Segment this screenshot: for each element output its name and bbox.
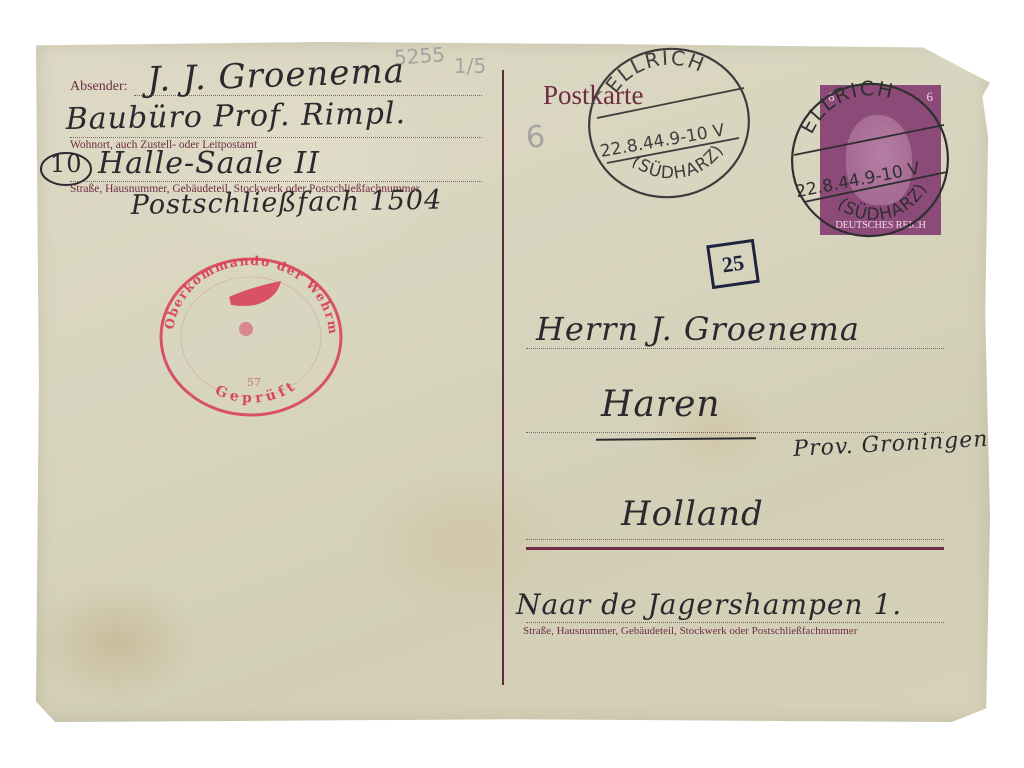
sender-name: J. J. Groenema xyxy=(147,51,406,100)
vertical-divider xyxy=(502,70,504,685)
country-separator xyxy=(526,547,944,550)
postcard: 5255 1/5 6 Absender: J. J. Groenema Baub… xyxy=(36,42,990,722)
recipient-city: Haren xyxy=(601,384,721,425)
sender-line-3 xyxy=(70,181,482,182)
censor-number: 57 xyxy=(247,376,261,389)
sender-line-2 xyxy=(70,137,482,138)
svg-text:ELLRICH: ELLRICH xyxy=(601,45,710,97)
recipient-name: Herrn J. Groenema xyxy=(536,310,860,348)
postmark-2-city: ELLRICH xyxy=(795,76,897,137)
postmark-1-city: ELLRICH xyxy=(601,45,710,97)
recipient-line-4 xyxy=(526,622,944,623)
recipient-country: Holland xyxy=(621,494,764,534)
postmark-2-icon: ELLRICH (SÜDHARZ) 22.8.44.9-10 V xyxy=(782,70,957,245)
censor-seal-icon: Oberkommando der Wehrmacht Geprüft 57 xyxy=(151,249,351,419)
pencil-number-side: 6 xyxy=(524,119,547,156)
sender-city: Halle-Saale II xyxy=(98,146,320,181)
box-number: 25 xyxy=(706,239,760,289)
postal-district: 10 xyxy=(50,150,83,178)
postmark-1-icon: ELLRICH (SÜDHARZ) 22.8.44.9-10 V xyxy=(579,38,759,208)
sender-label: Absender: xyxy=(70,79,128,95)
recipient-line-1 xyxy=(526,348,944,349)
sender-office: Baubüro Prof. Rimpl. xyxy=(65,96,406,137)
sender-address: Postschließfach 1504 xyxy=(130,185,442,221)
svg-text:ELLRICH: ELLRICH xyxy=(795,76,897,137)
recipient-street-label: Straße, Hausnummer, Gebäudeteil, Stockwe… xyxy=(523,625,857,637)
pencil-fraction-top: 1/5 xyxy=(454,54,486,78)
recipient-line-3 xyxy=(526,539,944,540)
city-underline xyxy=(596,437,756,440)
recipient-street: Naar de Jagershampen 1. xyxy=(516,588,902,621)
